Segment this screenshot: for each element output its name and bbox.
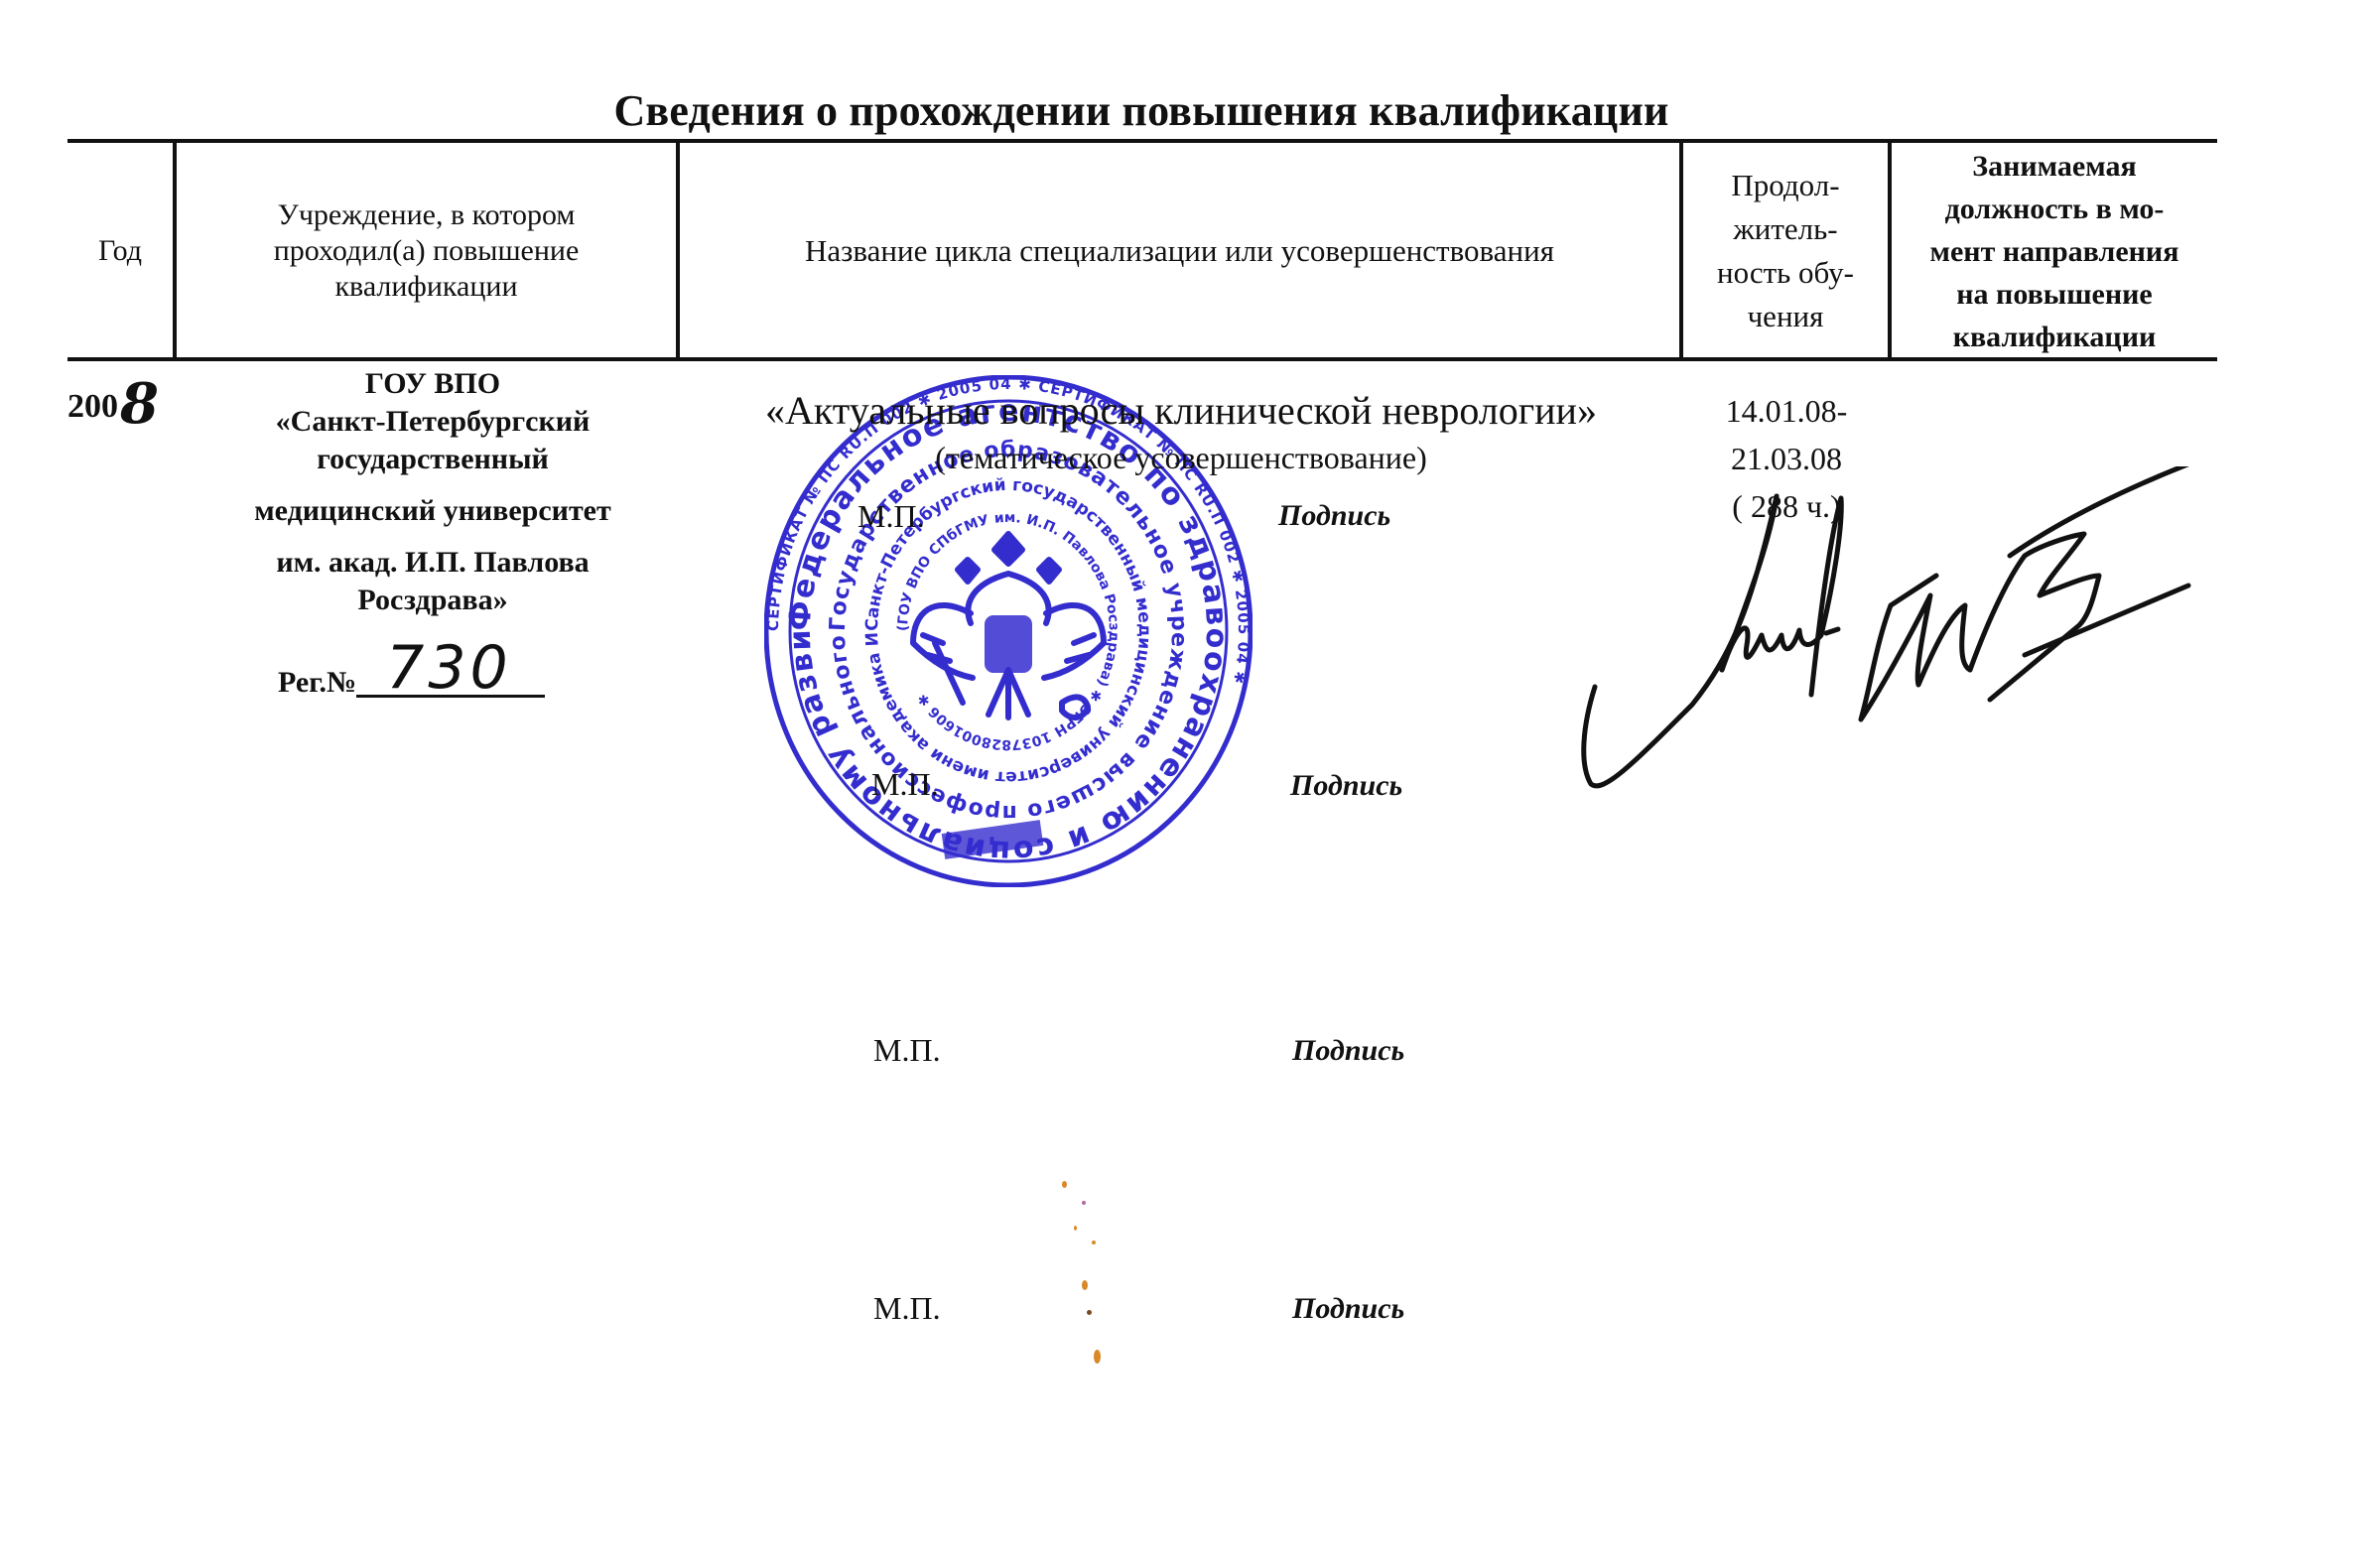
handwritten-signature	[1573, 466, 2228, 863]
stamp-place-label: М.П.	[871, 766, 939, 803]
handwritten-year-digit: 8	[120, 371, 159, 437]
page-title: Сведения о прохождении повышения квалифи…	[0, 85, 2283, 136]
registration-number: Рег.№730	[278, 655, 545, 700]
entry-course: «Актуальные вопросы клинической невролог…	[685, 387, 1677, 476]
eagle-emblem-icon	[913, 534, 1104, 718]
signature-label: Подпись	[1278, 499, 1390, 533]
header-year: Год	[67, 141, 173, 361]
stamp-place-label: М.П.	[873, 1032, 941, 1069]
header-position: Занимаемая должность в мо- мент направле…	[1892, 141, 2217, 361]
stamp-place-label: М.П.	[873, 1290, 941, 1327]
course-type: (тематическое усовершенствование)	[685, 440, 1677, 476]
entry-year: 2008	[67, 365, 159, 431]
signature-label: Подпись	[1292, 1292, 1404, 1326]
registration-number-field: 730	[356, 655, 545, 698]
signature-label: Подпись	[1290, 769, 1402, 803]
header-duration: Продол- житель- ность обу- чения	[1683, 141, 1888, 361]
header-institution: Учреждение, в котором проходил(а) повыше…	[177, 141, 676, 361]
signature-label: Подпись	[1292, 1034, 1404, 1068]
stamp-place-label: М.П.	[857, 498, 925, 535]
handwritten-reg-number: 730	[386, 633, 512, 703]
course-title: «Актуальные вопросы клинической невролог…	[685, 387, 1677, 434]
paper-stain	[1052, 1171, 1131, 1389]
header-course: Название цикла специализации или усоверш…	[680, 141, 1679, 361]
entry-institution: ГОУ ВПО «Санкт-Петербургский государстве…	[185, 365, 681, 619]
